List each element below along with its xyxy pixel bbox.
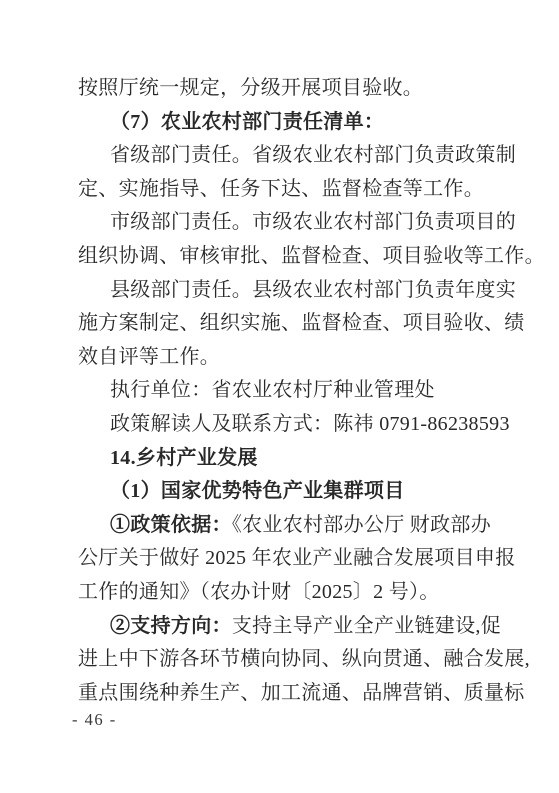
text-line: 施方案制定、组织实施、监督检查、项目验收、绩: [78, 307, 492, 341]
text-line: 县级部门责任。县级农业农村部门负责年度实: [78, 274, 492, 308]
text-line: ②支持方向：支持主导产业全产业链建设,促: [78, 610, 492, 644]
text-line: 政策解读人及联系方式：陈祎 0791-86238593: [78, 408, 492, 442]
text-run: 《农业农村部办公厅 财政部办: [232, 514, 491, 536]
text-run-bold: ①政策依据：: [110, 514, 232, 536]
text-run: 进上中下游各环节横向协同、纵向贯通、融合发展,: [78, 648, 530, 670]
text-run: 县级部门责任。县级农业农村部门负责年度实: [110, 279, 516, 301]
text-line: 公厅关于做好 2025 年农业产业融合发展项目申报: [78, 542, 492, 576]
text-run: 执行单位：省农业农村厅种业管理处: [110, 379, 435, 401]
text-run: 支持主导产业全产业链建设,促: [232, 615, 501, 637]
text-run: 工作的通知》（农办计财〔2025〕2 号）。: [78, 581, 440, 603]
text-run-bold: ②支持方向：: [110, 615, 232, 637]
text-run: 组织协调、审核审批、监督检查、项目验收等工作。: [78, 245, 545, 267]
text-run: 效自评等工作。: [78, 346, 220, 368]
text-run-bold: （7）农业农村部门责任清单：: [110, 111, 384, 133]
text-line: 进上中下游各环节横向协同、纵向贯通、融合发展,: [78, 643, 492, 677]
text-line: （1）国家优势特色产业集群项目: [78, 475, 492, 509]
text-line: 省级部门责任。省级农业农村部门负责政策制: [78, 139, 492, 173]
text-line: ①政策依据：《农业农村部办公厅 财政部办: [78, 509, 492, 543]
text-run: 政策解读人及联系方式：陈祎 0791-86238593: [110, 413, 510, 435]
text-line: 组织协调、审核审批、监督检查、项目验收等工作。: [78, 240, 492, 274]
text-line: 按照厅统一规定，分级开展项目验收。: [78, 72, 492, 106]
document-body: 按照厅统一规定，分级开展项目验收。（7）农业农村部门责任清单：省级部门责任。省级…: [78, 72, 492, 710]
text-run: 按照厅统一规定，分级开展项目验收。: [78, 77, 423, 99]
text-run: 定、实施指导、任务下达、监督检查等工作。: [78, 178, 484, 200]
document-page: { "page": { "background": "#ffffff", "te…: [0, 0, 559, 793]
text-run-bold: （1）国家优势特色产业集群项目: [110, 480, 405, 502]
text-run: 施方案制定、组织实施、监督检查、项目验收、绩: [78, 312, 525, 334]
text-line: 定、实施指导、任务下达、监督检查等工作。: [78, 173, 492, 207]
text-run-bold: 14.乡村产业发展: [110, 447, 258, 469]
text-run: 公厅关于做好 2025 年农业产业融合发展项目申报: [78, 547, 516, 569]
page-number: - 46 -: [72, 710, 117, 730]
text-run: 省级部门责任。省级农业农村部门负责政策制: [110, 144, 516, 166]
text-run: 重点围绕种养生产、加工流通、品牌营销、质量标: [78, 682, 525, 704]
text-line: 工作的通知》（农办计财〔2025〕2 号）。: [78, 576, 492, 610]
text-line: 执行单位：省农业农村厅种业管理处: [78, 374, 492, 408]
text-line: 效自评等工作。: [78, 341, 492, 375]
text-line: 市级部门责任。市级农业农村部门负责项目的: [78, 206, 492, 240]
text-line: （7）农业农村部门责任清单：: [78, 106, 492, 140]
text-line: 重点围绕种养生产、加工流通、品牌营销、质量标: [78, 677, 492, 711]
text-line: 14.乡村产业发展: [78, 442, 492, 476]
text-run: 市级部门责任。市级农业农村部门负责项目的: [110, 211, 516, 233]
